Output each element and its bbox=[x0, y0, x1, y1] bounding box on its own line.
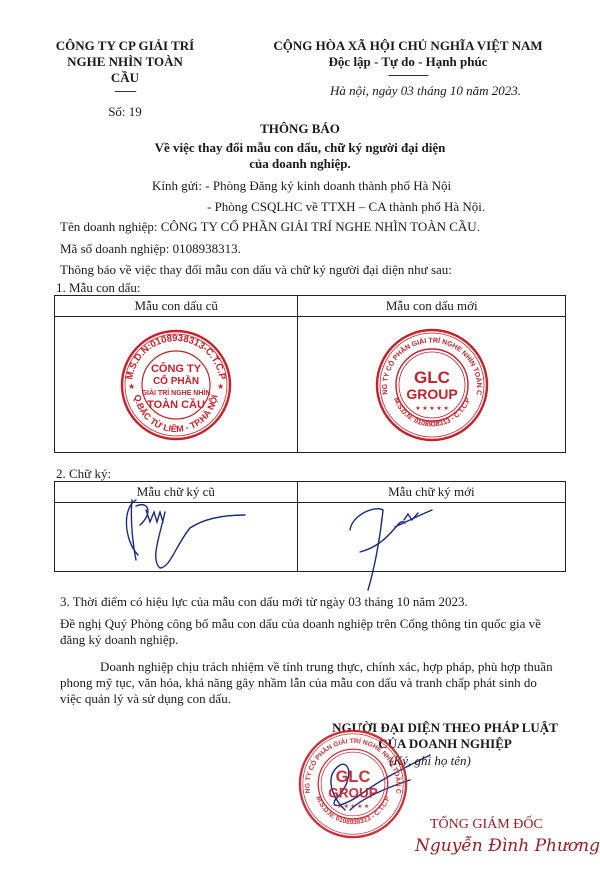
svg-text:★: ★ bbox=[128, 382, 135, 391]
svg-text:TOÀN CẦU: TOÀN CẦU bbox=[147, 398, 205, 411]
new-stamp-icon: CÔNG TY CỔ PHẦN GIẢI TRÍ NGHE NHÌN TOÀN … bbox=[374, 327, 490, 443]
old-stamp-icon: M.S.D.N:0108938313-C.T.C.P Q.BẮC TỪ LIÊM… bbox=[119, 328, 233, 442]
new-stamp-cell: CÔNG TY CỔ PHẦN GIẢI TRÍ NGHE NHÌN TOÀN … bbox=[298, 317, 566, 453]
section-1-label: 1. Mẫu con dấu: bbox=[56, 280, 140, 296]
company-name-line1: CÔNG TY CP GIẢI TRÍ bbox=[55, 38, 195, 54]
svg-text:CÔNG TY: CÔNG TY bbox=[151, 362, 202, 375]
company-name-field: Tên doanh nghiệp: CÔNG TY CỔ PHẦN GIẢI T… bbox=[60, 219, 480, 235]
notice-title: THÔNG BÁO bbox=[0, 121, 600, 137]
national-header: CỘNG HÒA XÃ HỘI CHỦ NGHĨA VIỆT NAM Độc l… bbox=[228, 38, 588, 80]
svg-text:★ ★ ★ ★ ★: ★ ★ ★ ★ ★ bbox=[415, 405, 449, 412]
subject-line1: Về việc thay đổi mẫu con dấu, chữ ký ngư… bbox=[0, 140, 600, 156]
new-signature-header: Mẫu chữ ký mới bbox=[297, 482, 565, 503]
national-motto: Độc lập - Tự do - Hạnh phúc bbox=[228, 54, 588, 70]
national-divider: --------------- bbox=[228, 70, 588, 80]
old-signature-cell bbox=[55, 503, 298, 572]
company-header: CÔNG TY CP GIẢI TRÍ NGHE NHÌN TOÀN CẦU -… bbox=[55, 38, 195, 120]
recipient-1: Kính gửi: - Phòng Đăng ký kinh doanh thà… bbox=[152, 178, 451, 194]
subject-line2: của doanh nghiệp. bbox=[0, 156, 600, 172]
signer-name: Nguyễn Đình Phương bbox=[415, 836, 600, 856]
old-signature-header: Mẫu chữ ký cũ bbox=[55, 482, 298, 503]
old-stamp-cell: M.S.D.N:0108938313-C.T.C.P Q.BẮC TỪ LIÊM… bbox=[55, 317, 298, 453]
intro-text: Thông báo về việc thay đổi mẫu con dấu v… bbox=[60, 262, 452, 278]
document-number: Số: 19 bbox=[55, 104, 195, 120]
svg-text:GROUP: GROUP bbox=[406, 386, 457, 402]
svg-text:CỔ PHẦN: CỔ PHẦN bbox=[153, 374, 199, 387]
company-name-line2: NGHE NHÌN TOÀN CẦU bbox=[55, 54, 195, 86]
company-divider: -------- bbox=[55, 86, 195, 96]
document-date: Hà nội, ngày 03 tháng 10 năm 2023. bbox=[330, 83, 600, 99]
recipient-2: - Phòng CSQLHC về TTXH – CA thành phố Hà… bbox=[207, 199, 485, 215]
svg-text:★: ★ bbox=[217, 382, 224, 391]
signature-samples-table: Mẫu chữ ký cũ Mẫu chữ ký mới bbox=[54, 481, 566, 572]
svg-text:GLC: GLC bbox=[414, 368, 450, 387]
national-title: CỘNG HÒA XÃ HỘI CHỦ NGHĨA VIỆT NAM bbox=[228, 38, 588, 54]
svg-text:GIẢI TRÍ NGHE NHÌN: GIẢI TRÍ NGHE NHÌN bbox=[142, 388, 211, 397]
effective-date-text: 3. Thời điểm có hiệu lực của mẫu con dấu… bbox=[60, 594, 468, 610]
new-stamp-header: Mẫu con dấu mới bbox=[298, 296, 566, 317]
request-text: Đề nghị Quý Phòng công bố mẫu con dấu củ… bbox=[60, 616, 560, 648]
stamp-samples-table: Mẫu con dấu cũ Mẫu con dấu mới M.S.D.N:0… bbox=[54, 295, 566, 453]
svg-text:GLC: GLC bbox=[336, 768, 371, 786]
tax-code-field: Mã số doanh nghiệp: 0108938313. bbox=[60, 241, 241, 257]
old-stamp-header: Mẫu con dấu cũ bbox=[55, 296, 298, 317]
section-2-label: 2. Chữ ký: bbox=[56, 466, 111, 482]
signer-position: TỔNG GIÁM ĐỐC bbox=[430, 817, 543, 833]
svg-text:★ ★ ★ ★ ★: ★ ★ ★ ★ ★ bbox=[337, 803, 369, 810]
company-seal-icon: CÔNG TY CỔ PHẦN GIẢI TRÍ NGHE NHÌN TOÀN … bbox=[297, 728, 409, 840]
responsibility-text: Doanh nghiệp chịu trách nhiệm về tính tr… bbox=[60, 659, 560, 707]
notice-subject: Về việc thay đổi mẫu con dấu, chữ ký ngư… bbox=[0, 140, 600, 172]
svg-text:GROUP: GROUP bbox=[328, 786, 378, 801]
new-signature-cell bbox=[297, 503, 565, 572]
